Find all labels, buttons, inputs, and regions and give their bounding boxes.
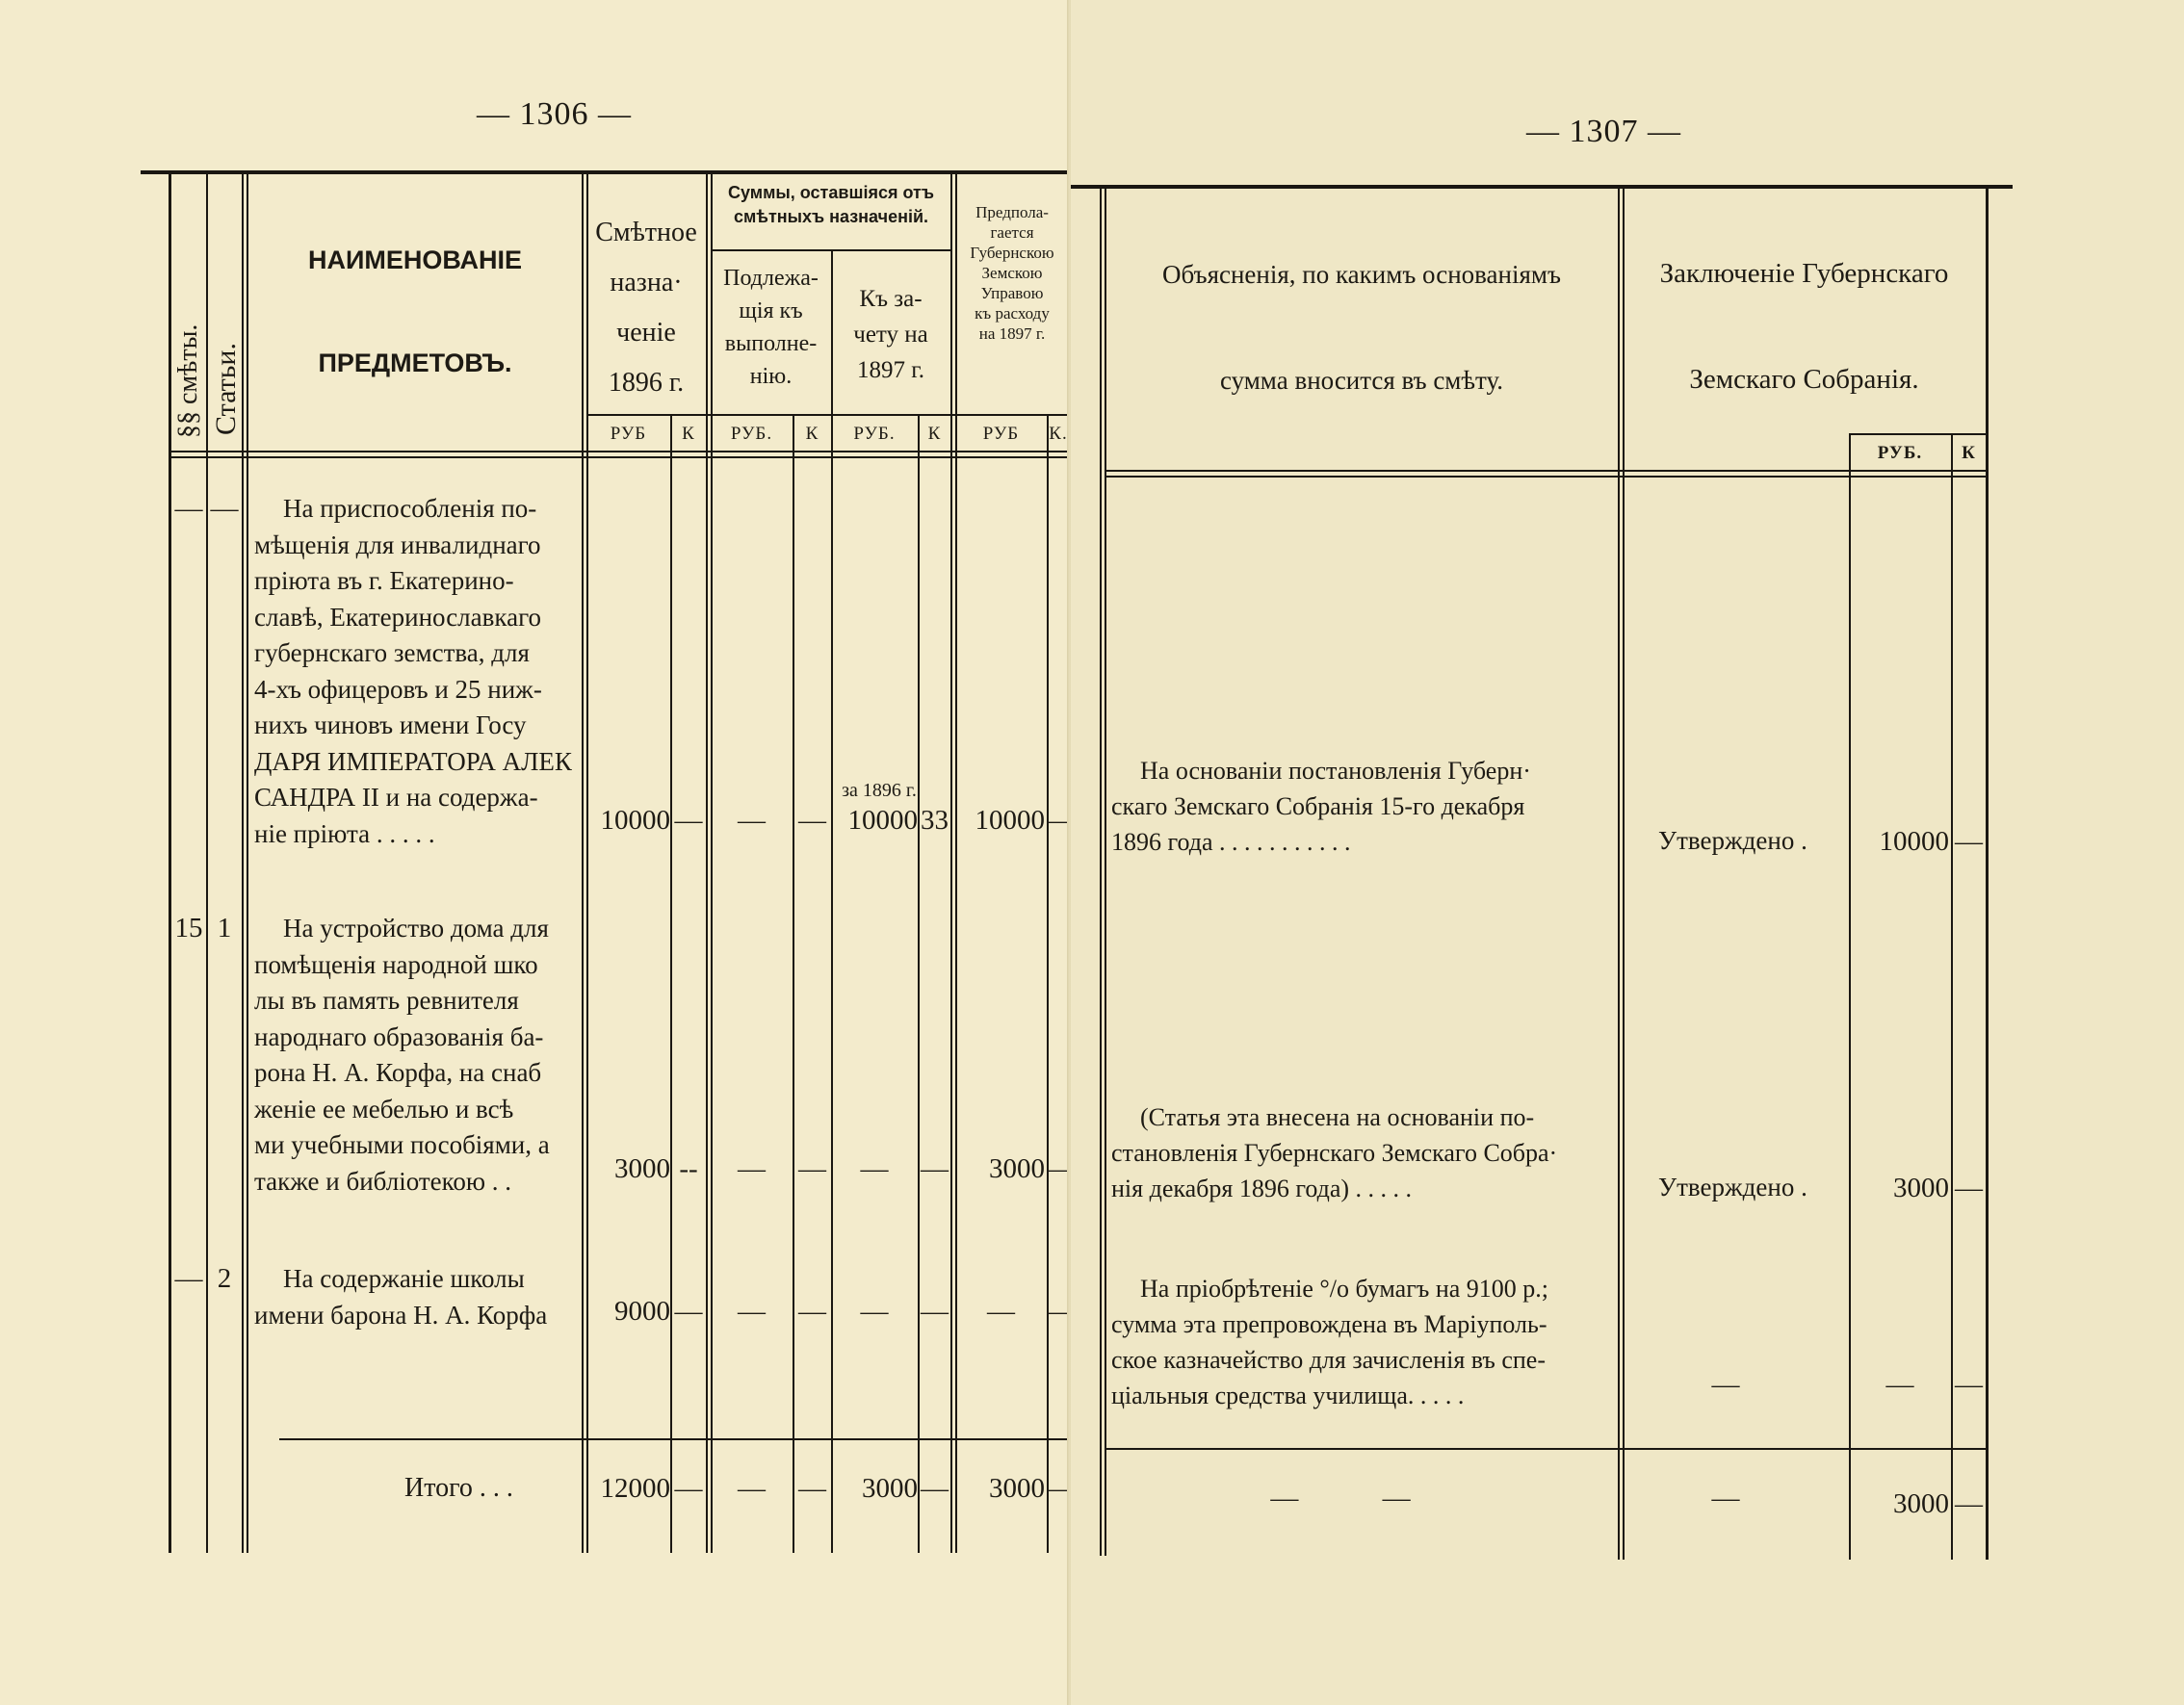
row1-name-l5: губернскаго земства, для xyxy=(254,635,578,672)
row1-statya: — xyxy=(207,493,242,525)
header-k-zachetu: Къ за- чету на 1897 г. xyxy=(831,281,950,388)
row1-name-l9: САНДРА II и на содержа- xyxy=(254,780,578,816)
header-obyasneniya-line1: Объясненія, по какимъ основаніямъ xyxy=(1105,260,1618,290)
row2-predpol-kop: — xyxy=(1048,1153,1069,1185)
row1-name-l2: мѣщенія для инвалиднаго xyxy=(254,528,578,564)
rule-name-smetnoe xyxy=(582,174,584,1553)
right-row2-l2: становленія Губернскаго Земскаго Собра· xyxy=(1111,1135,1610,1171)
row2-name-l2: помѣщенія народной шко xyxy=(254,947,578,984)
row3-name-l2: имени барона Н. А. Корфа xyxy=(254,1298,578,1334)
right-row1-l1: На основаніи постановленія Губерн· xyxy=(1111,753,1610,788)
row2-zachet-rub: — xyxy=(831,1153,918,1185)
rule-podlezh-zachet xyxy=(831,250,833,1553)
right-total-kop: — xyxy=(1952,1488,1986,1520)
page-number-left: — 1306 — xyxy=(477,96,632,133)
header-predpol-l2: гается xyxy=(955,222,1069,243)
header-name-line2: ПРЕДМЕТОВЪ. xyxy=(247,349,584,378)
unit-kop-right: К xyxy=(1952,443,1986,464)
right-row1-l3: 1896 года . . . . . . . . . . . xyxy=(1111,824,1610,860)
header-zachet-l1: Къ за- xyxy=(831,281,950,317)
rule-header-bottom xyxy=(171,451,1071,452)
unit-rub-smetnoe: РУБ xyxy=(586,424,670,445)
header-smetnoe-l4: 1896 г. xyxy=(586,358,706,408)
row2-name-l1: На устройство дома для xyxy=(254,911,578,947)
row2-name-l7: ми учебными пособіями, а xyxy=(254,1127,578,1164)
header-zachet-l3: 1897 г. xyxy=(831,352,950,388)
rule-smeta-statya xyxy=(206,174,208,1553)
row1-smetnoe-rub: 10000 xyxy=(589,805,670,837)
row1-smetnoe-kop: — xyxy=(671,805,706,837)
unit-rub-predpol: РУБ xyxy=(955,424,1047,445)
row3-name-l1: На содержаніе школы xyxy=(254,1261,578,1298)
rule-obyasn-zakl xyxy=(1618,189,1620,1560)
header-predpolagaetsya: Предпола- гается Губернскою Земскою Упра… xyxy=(955,202,1069,344)
header-predpol-l6: къ расходу xyxy=(955,303,1069,323)
row2-smetnoe-rub: 3000 xyxy=(589,1153,670,1185)
header-zaklyuchenie-line1: Заключеніе Губернскаго xyxy=(1623,258,1986,290)
right-row2-explanation: (Статья эта внесена на основаніи по- ста… xyxy=(1111,1099,1610,1206)
header-group-ostavshiesya: Суммы, оставшіяся отъ смѣтныхъ назначені… xyxy=(711,181,951,229)
row1-podlezh-rub: — xyxy=(711,805,793,837)
total-podlezh-kop: — xyxy=(793,1473,831,1505)
page-number-right: — 1307 — xyxy=(1526,114,1681,150)
row1-name-l1: На приспособленія по- xyxy=(254,491,578,528)
row3-smetnoe-rub: 9000 xyxy=(589,1296,670,1328)
row2-name-l6: женіе ее мебелью и всѣ xyxy=(254,1092,578,1128)
rule-header-bottom-right-2 xyxy=(1105,476,1988,478)
header-smetnoe-l2: назна· xyxy=(586,258,706,308)
rule-header-bottom-2 xyxy=(171,456,1071,458)
row2-smetnoe-kop: -- xyxy=(671,1153,706,1185)
right-row2-kop: — xyxy=(1952,1173,1986,1204)
header-predpol-l1: Предпола- xyxy=(955,202,1069,222)
right-total-explanation: — — xyxy=(1263,1483,1456,1514)
right-row2-rub: 3000 xyxy=(1851,1173,1949,1204)
row2-name: На устройство дома для помѣщенія народно… xyxy=(254,911,578,1200)
rule-zachet-kop xyxy=(918,416,920,1553)
row1-zachet-rub: 10000 xyxy=(834,805,918,837)
header-smetnoe: Смѣтное назна· ченіе 1896 г. xyxy=(586,208,706,408)
unit-rub-podlezh: РУБ. xyxy=(711,424,793,445)
row2-name-l8: также и библіотекою . . xyxy=(254,1164,578,1201)
header-group-l2: смѣтныхъ назначеній. xyxy=(711,205,951,229)
row1-name-l3: пріюта въ г. Екатерино- xyxy=(254,563,578,600)
unit-kop-zachet: К xyxy=(919,424,950,445)
total-predpol-rub: 3000 xyxy=(958,1473,1045,1505)
row3-name: На содержаніе школы имени барона Н. А. К… xyxy=(254,1261,578,1333)
row1-zachet-note: за 1896 г. xyxy=(831,780,927,802)
row1-smeta: — xyxy=(171,493,206,525)
header-obyasneniya-line2: сумма вносится въ смѣту. xyxy=(1105,366,1618,396)
row1-zachet-kop: 33 xyxy=(919,805,950,837)
row2-name-l5: рона Н. А. Корфа, на снаб xyxy=(254,1055,578,1092)
row1-predpol-kop: — xyxy=(1048,805,1069,837)
right-row1-l2: скаго Земскаго Собранія 15-го декабря xyxy=(1111,788,1610,824)
row2-name-l4: народнаго образованія ба- xyxy=(254,1020,578,1056)
row3-podlezh-rub: — xyxy=(711,1296,793,1328)
rule-header-bottom-right xyxy=(1105,470,1988,472)
row2-smeta: 15 xyxy=(171,913,206,944)
row3-statya: 2 xyxy=(207,1263,242,1295)
row2-podlezh-rub: — xyxy=(711,1153,793,1185)
row2-predpol-rub: 3000 xyxy=(958,1153,1045,1185)
row2-zachet-kop: — xyxy=(919,1153,950,1185)
unit-kop-predpol: К. xyxy=(1048,424,1069,445)
row1-name-l10: ніе пріюта . . . . . xyxy=(254,816,578,853)
rule-right-border xyxy=(1986,189,1989,1560)
rule-statya-name-2 xyxy=(247,174,248,1553)
row3-predpol-rub: — xyxy=(955,1296,1047,1328)
row1-name-l6: 4-хъ офицеровъ и 25 ниж- xyxy=(254,672,578,709)
header-smetnoe-l3: ченіе xyxy=(586,308,706,358)
total-rule xyxy=(279,1438,1069,1440)
rule-zachet-predpol xyxy=(950,174,952,1553)
header-podlezh-l3: выполне- xyxy=(711,327,831,360)
unit-kop-podlezh: К xyxy=(793,424,831,445)
right-page: — 1307 — Объясненія, по какимъ основанія… xyxy=(1071,0,2184,1705)
row3-smeta: — xyxy=(171,1263,206,1295)
right-row1-rub: 10000 xyxy=(1851,826,1949,858)
header-zaklyuchenie-line2: Земскаго Собранія. xyxy=(1623,364,1986,396)
right-row3-conclusion: — xyxy=(1658,1369,1793,1401)
right-row2-conclusion: Утверждено . xyxy=(1658,1173,1846,1202)
total-zachet-rub: 3000 xyxy=(834,1473,918,1505)
right-row2-l1: (Статья эта внесена на основаніи по- xyxy=(1111,1099,1610,1135)
row1-predpol-rub: 10000 xyxy=(958,805,1045,837)
rule-smetnoe-podlezh xyxy=(706,174,708,1553)
unit-kop-smetnoe: К xyxy=(671,424,706,445)
total-label: Итого . . . xyxy=(404,1473,582,1504)
right-row3-l3: ское казначейство для зачисленія въ спе- xyxy=(1111,1342,1610,1378)
right-row1-explanation: На основаніи постановленія Губерн· скаго… xyxy=(1111,753,1610,860)
table-left-border xyxy=(169,174,171,1553)
header-smetnoe-l1: Смѣтное xyxy=(586,208,706,258)
header-stati: Статьи. xyxy=(210,343,243,435)
row3-predpol-kop: — xyxy=(1048,1296,1069,1328)
header-predpol-l5: Управою xyxy=(955,283,1069,303)
right-total-conclusion: — xyxy=(1658,1483,1793,1514)
header-podlezhashchiya: Подлежа- щія къ выполне- нію. xyxy=(711,262,831,393)
right-row3-explanation: На пріобрѣтеніе °/o бумагъ на 9100 р.; с… xyxy=(1111,1271,1610,1413)
rule-right-left-border xyxy=(1100,189,1102,1556)
row2-statya: 1 xyxy=(207,913,242,944)
rule-unit-top-right xyxy=(1849,433,1988,435)
header-predpol-l7: на 1897 г. xyxy=(955,323,1069,344)
total-smetnoe-kop: — xyxy=(671,1473,706,1505)
total-podlezh-rub: — xyxy=(711,1473,793,1505)
row1-name-l4: славѣ, Екатеринославкаго xyxy=(254,600,578,636)
total-rule-right xyxy=(1105,1448,1988,1450)
row3-zachet-kop: — xyxy=(919,1296,950,1328)
right-total-rub: 3000 xyxy=(1851,1488,1949,1520)
header-podlezh-l4: нію. xyxy=(711,360,831,393)
row2-name-l3: лы въ память ревнителя xyxy=(254,983,578,1020)
header-podlezh-l1: Подлежа- xyxy=(711,262,831,295)
rule-smetnoe-kop xyxy=(670,416,672,1553)
header-name-line1: НАИМЕНОВАНІЕ xyxy=(247,245,584,275)
right-row2-l3: нія декабря 1896 года) . . . . . xyxy=(1111,1171,1610,1206)
right-row1-kop: — xyxy=(1952,826,1986,858)
row1-podlezh-kop: — xyxy=(793,805,831,837)
right-row3-l2: сумма эта препровождена въ Маріуполь- xyxy=(1111,1306,1610,1342)
total-smetnoe-rub: 12000 xyxy=(589,1473,670,1505)
row3-podlezh-kop: — xyxy=(793,1296,831,1328)
header-predpol-l3: Губернскою xyxy=(955,243,1069,263)
right-row3-kop: — xyxy=(1952,1369,1986,1401)
row3-smetnoe-kop: — xyxy=(671,1296,706,1328)
row1-name-l7: нихъ чиновъ имени Госу xyxy=(254,708,578,744)
unit-rub-right: РУБ. xyxy=(1849,443,1951,464)
total-zachet-kop: — xyxy=(919,1473,950,1505)
rule-podlezh-kop xyxy=(793,416,794,1553)
header-podlezh-l2: щія къ xyxy=(711,295,831,327)
left-page: — 1306 — §§ смѣты. Статьи. НАИМЕНОВАНІЕ … xyxy=(0,0,1071,1705)
header-group-l1: Суммы, оставшіяся отъ xyxy=(711,181,951,205)
rule-zachet-predpol-2 xyxy=(955,174,957,1553)
unit-rub-zachet: РУБ. xyxy=(831,424,918,445)
right-row3-rub: — xyxy=(1849,1369,1951,1401)
row3-zachet-rub: — xyxy=(831,1296,918,1328)
table-top-rule xyxy=(141,170,1071,174)
header-smety: §§ смѣты. xyxy=(173,324,204,438)
row2-podlezh-kop: — xyxy=(793,1153,831,1185)
header-zachet-l2: чету на xyxy=(831,317,950,352)
right-row1-conclusion: Утверждено . xyxy=(1658,826,1846,856)
right-row3-l4: ціальныя средства училища. . . . . xyxy=(1111,1378,1610,1413)
total-predpol-kop: — xyxy=(1048,1473,1069,1505)
table-top-rule-right xyxy=(1071,185,2013,189)
row1-name-l8: ДАРЯ ИМПЕРАТОРА АЛЕК xyxy=(254,744,578,781)
rule-unit-top xyxy=(586,414,1068,416)
header-predpol-l4: Земскою xyxy=(955,263,1069,283)
rule-group-header xyxy=(711,249,951,251)
right-row3-l1: На пріобрѣтеніе °/o бумагъ на 9100 р.; xyxy=(1111,1271,1610,1306)
row1-name: На приспособленія по- мѣщенія для инвали… xyxy=(254,491,578,852)
rule-predpol-kop xyxy=(1047,416,1049,1553)
